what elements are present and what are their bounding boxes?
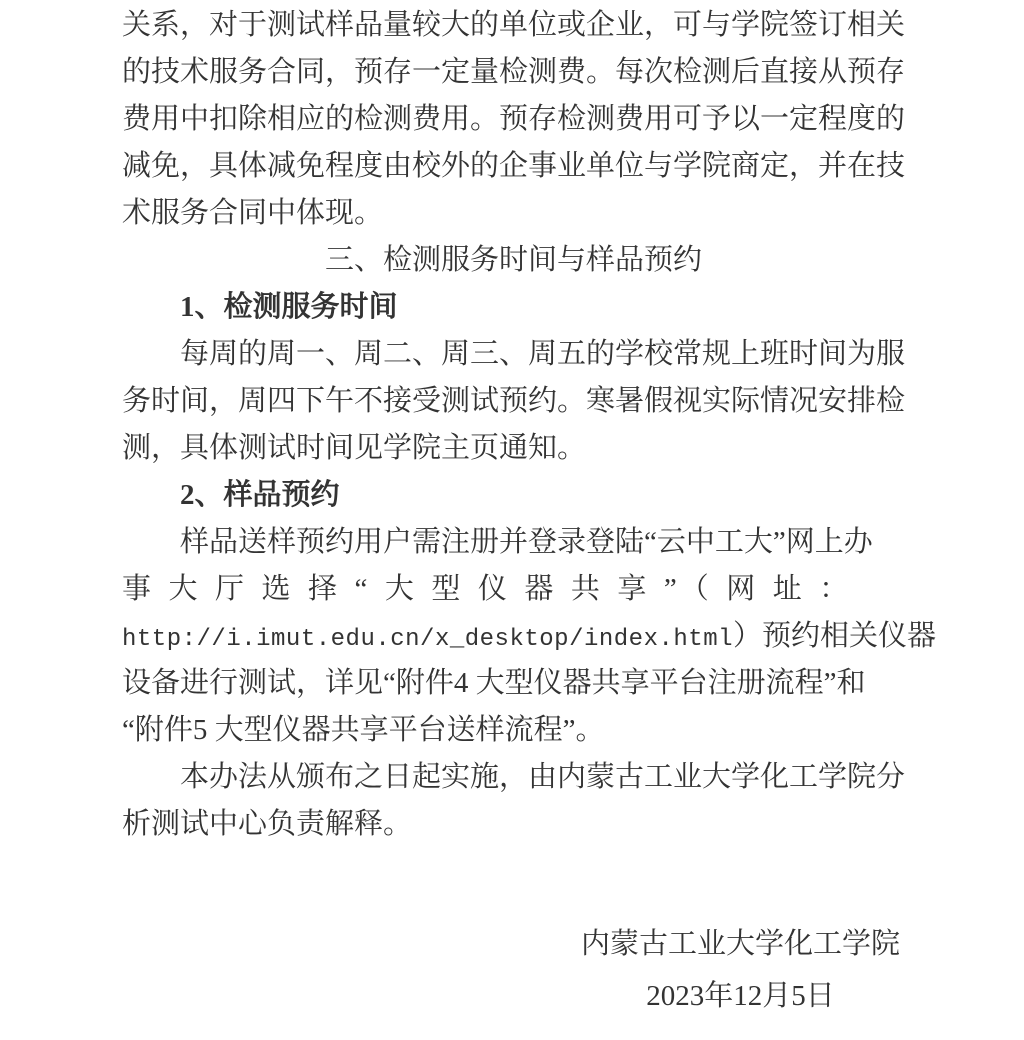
signature-organization: 内蒙古工业大学化工学院 (581, 918, 900, 970)
paragraph-line: 每周的周一、周二、周三、周五的学校常规上班时间为服 (122, 331, 905, 378)
paragraph-line-tail: ）预约相关仪器 (733, 613, 936, 660)
paragraph-line: 事大厅选择“大型仪器共享”（网址： (122, 566, 905, 613)
section-heading: 三、检测服务时间与样品预约 (122, 237, 905, 284)
paragraph-line: 的技术服务合同，预存一定量检测费。每次检测后直接从预存 (122, 49, 905, 96)
paragraph-line: “附件5 大型仪器共享平台送样流程”。 (122, 707, 905, 754)
signature-block: 内蒙古工业大学化工学院 2023年12月5日 (581, 918, 900, 1022)
signature-date: 2023年12月5日 (581, 970, 900, 1022)
paragraph-line: 务时间，周四下午不接受测试预约。寒暑假视实际情况安排检 (122, 378, 905, 425)
paragraph-line: 样品送样预约用户需注册并登录登陆“云中工大”网上办 (122, 519, 905, 566)
paragraph-line: http://i.imut.edu.cn/x_desktop/index.htm… (122, 613, 905, 660)
paragraph-line: 术服务合同中体现。 (122, 190, 905, 237)
paragraph-line: 本办法从颁布之日起实施，由内蒙古工业大学化工学院分 (122, 754, 905, 801)
paragraph-line: 设备进行测试，详见“附件4 大型仪器共享平台注册流程”和 (122, 660, 905, 707)
subsection-1-heading: 1、检测服务时间 (122, 284, 905, 331)
document-body: 关系，对于测试样品量较大的单位或企业，可与学院签订相关 的技术服务合同，预存一定… (122, 2, 905, 848)
paragraph-line: 费用中扣除相应的检测费用。预存检测费用可予以一定程度的 (122, 96, 905, 143)
subsection-2-heading: 2、样品预约 (122, 472, 905, 519)
paragraph-line: 减免，具体减免程度由校外的企事业单位与学院商定，并在技 (122, 143, 905, 190)
paragraph-line: 测，具体测试时间见学院主页通知。 (122, 425, 905, 472)
url-text: http://i.imut.edu.cn/x_desktop/index.htm… (122, 616, 733, 663)
document-page: 关系，对于测试样品量较大的单位或企业，可与学院签订相关 的技术服务合同，预存一定… (0, 0, 1024, 1040)
paragraph-line: 析测试中心负责解释。 (122, 801, 905, 848)
paragraph-line: 关系，对于测试样品量较大的单位或企业，可与学院签订相关 (122, 2, 905, 49)
